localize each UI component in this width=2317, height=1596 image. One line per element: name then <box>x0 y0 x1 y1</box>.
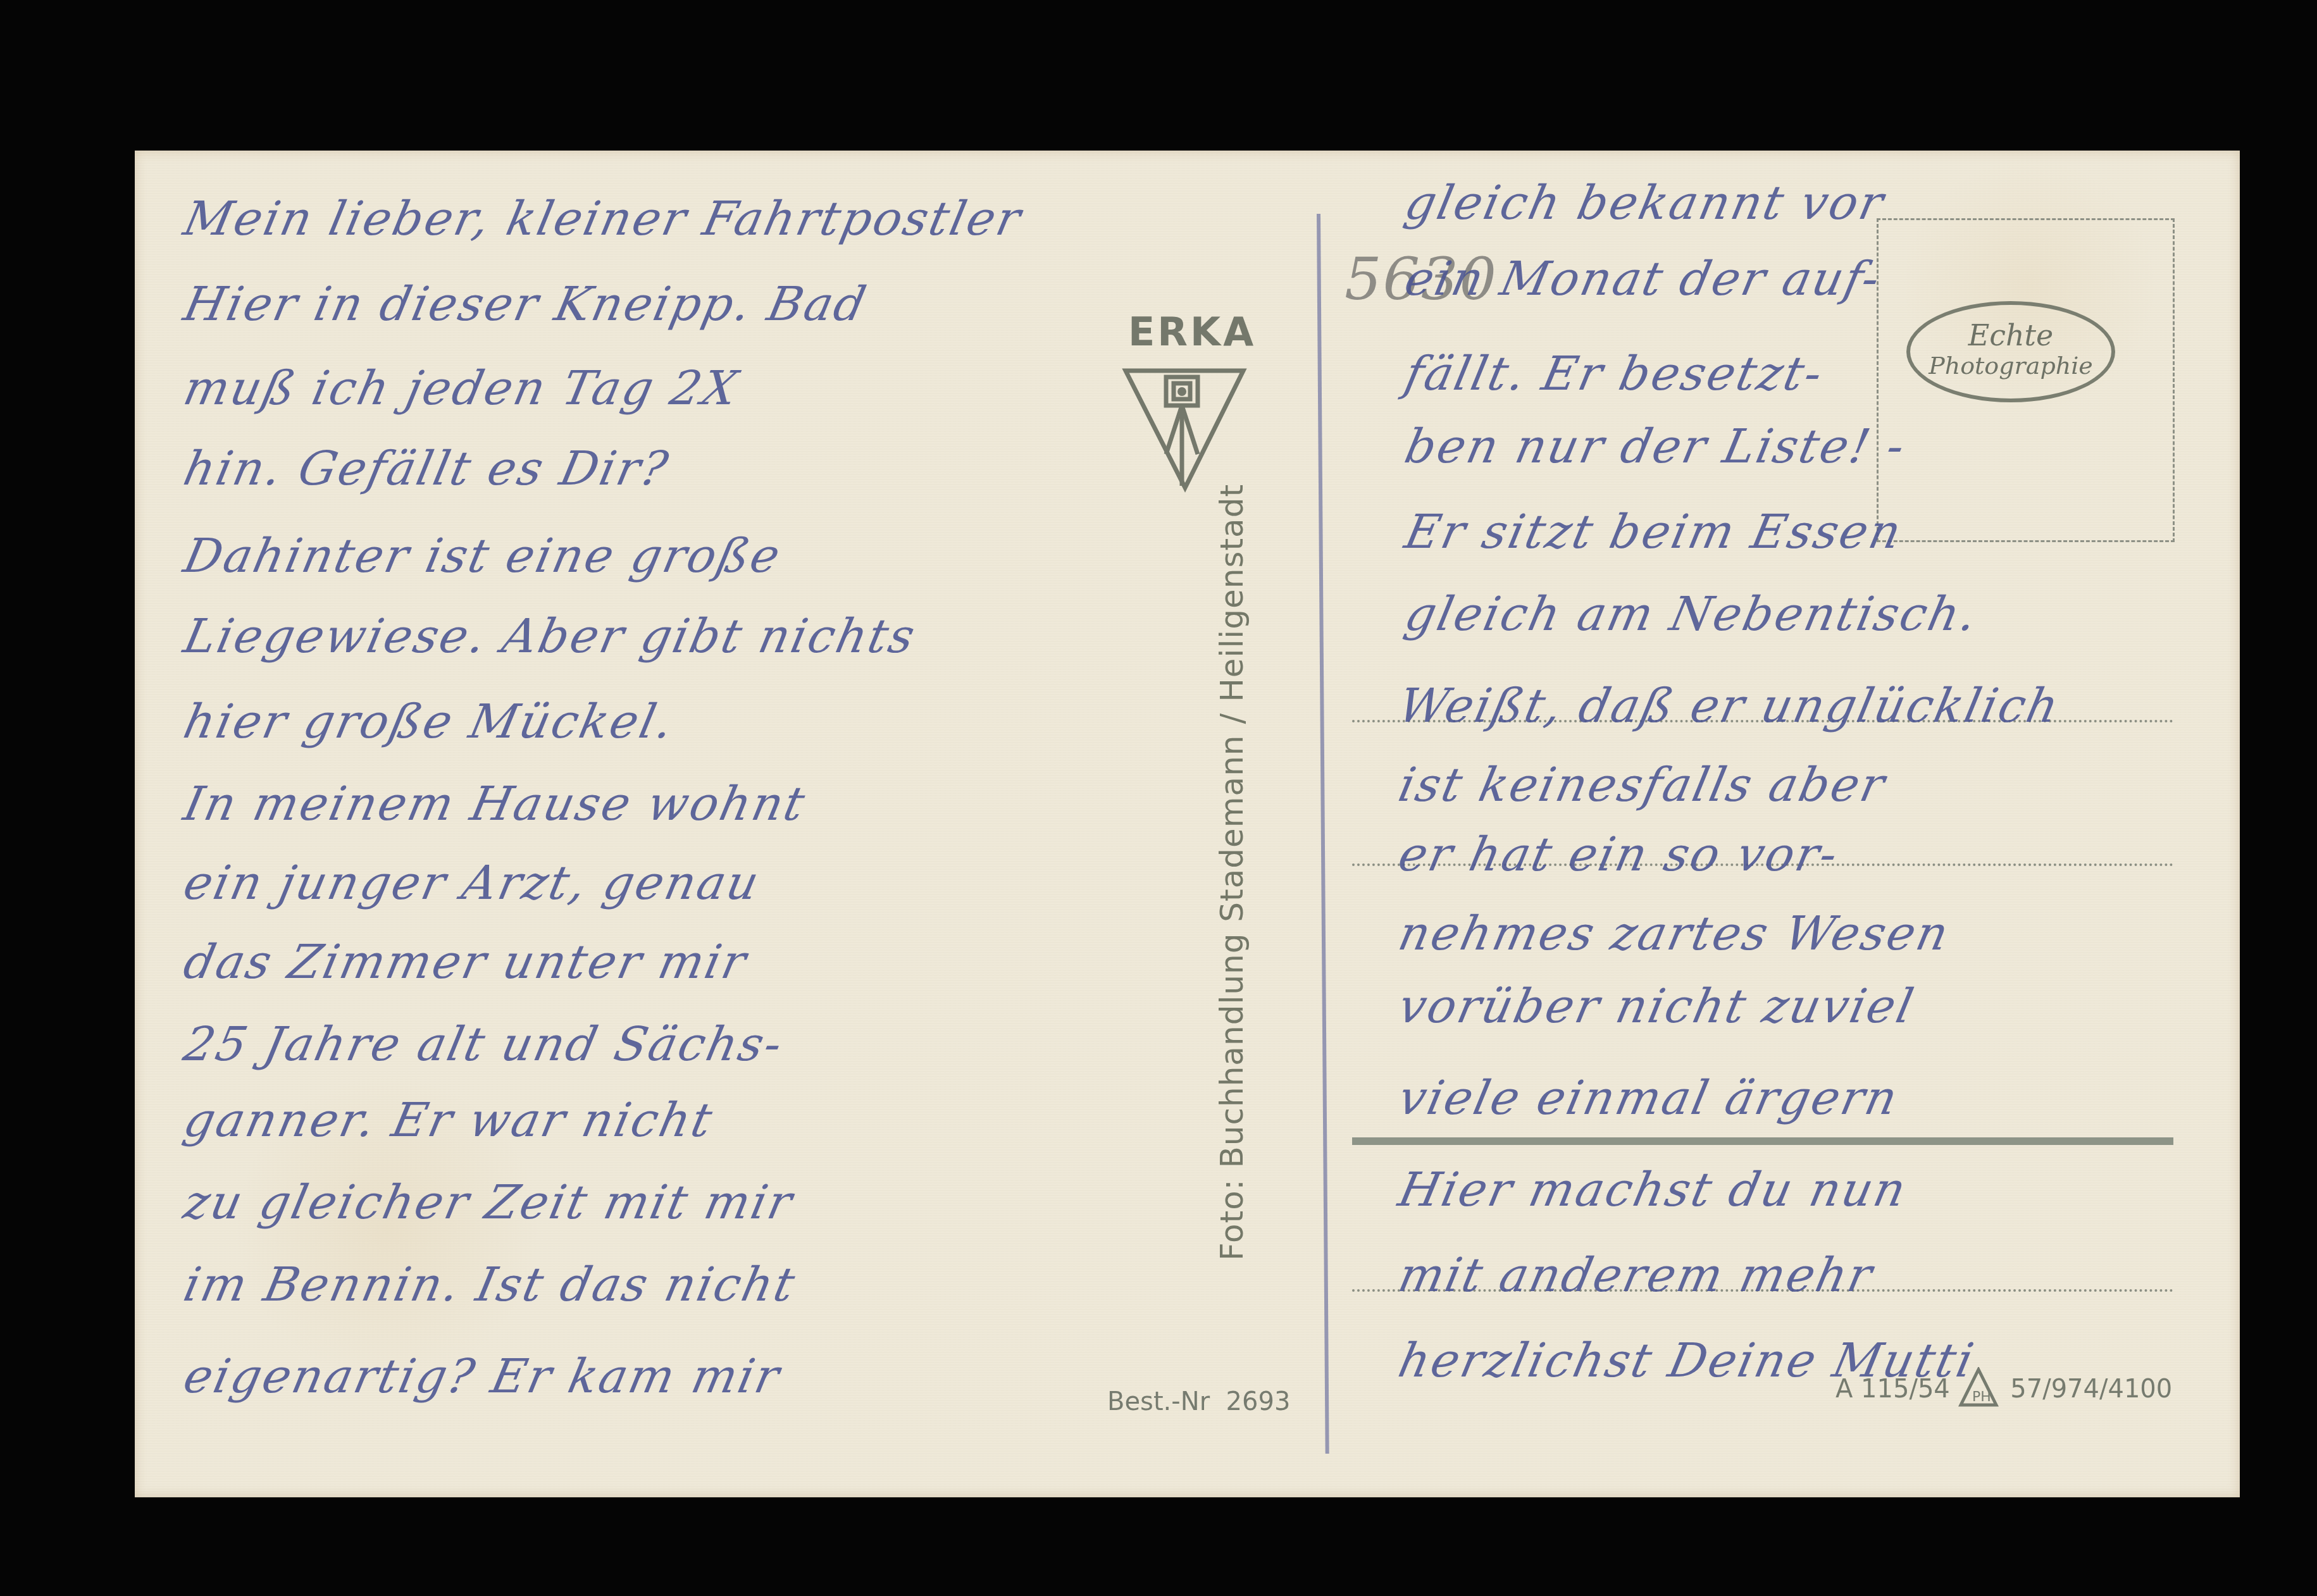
handwriting-right-line: gleich bekannt vor <box>1400 176 1890 230</box>
handwriting-left-line: hin. Gefällt es Dir? <box>179 442 674 496</box>
echte-photographie-imprint: Echte Photographie <box>1906 301 2115 402</box>
handwriting-right-line: ben nur der Liste! - <box>1400 419 1911 474</box>
order-number-value: 2693 <box>1226 1387 1291 1416</box>
handwriting-right-line: Er sitzt beim Essen <box>1400 505 1908 559</box>
handwriting-right-line: vorüber nicht zuviel <box>1394 979 1920 1034</box>
handwriting-right-line: viele einmal ärgern <box>1394 1071 1904 1125</box>
handwriting-left-line: Mein lieber, kleiner Fahrtpostler <box>179 192 1027 246</box>
handwriting-left-line: Hier in dieser Kneipp. Bad <box>179 277 873 331</box>
order-number: Best.-Nr 2693 <box>1107 1387 1290 1416</box>
erka-logo: ERKA <box>1122 309 1248 498</box>
handwriting-left-line: eigenartig? Er kam mir <box>179 1349 786 1404</box>
handwriting-left-line: ein junger Arzt, genau <box>179 856 765 910</box>
handwriting-right-line: mit anderem mehr <box>1394 1248 1879 1302</box>
camera-tripod-icon <box>1122 309 1248 498</box>
handwriting-right-line: er hat ein so vor- <box>1394 827 1844 882</box>
handwriting-left-line: das Zimmer unter mir <box>179 935 752 989</box>
handwriting-left-line: ganner. Er war nicht <box>179 1093 719 1148</box>
handwriting-right-line: Weißt, daß er unglücklich <box>1394 679 2065 733</box>
order-number-label: Best.-Nr <box>1107 1387 1210 1416</box>
handwritten-divider-line <box>1317 214 1329 1454</box>
handwriting-left-line: Dahinter ist eine große <box>179 529 786 583</box>
handwriting-left-line: zu gleicher Zeit mit mir <box>179 1175 798 1230</box>
handwriting-right-line: fällt. Er besetzt- <box>1400 347 1829 401</box>
handwriting-left-line: 25 Jahre alt und Sächs- <box>179 1017 788 1072</box>
svg-text:PH: PH <box>1972 1389 1991 1405</box>
handwriting-left-line: muß ich jeden Tag 2X <box>179 361 744 416</box>
handwriting-right-line: gleich am Nebentisch. <box>1400 587 1984 641</box>
handwriting-right-line: ein Monat der auf- <box>1400 252 1886 306</box>
handwriting-left-line: hier große Mückel. <box>179 695 680 749</box>
handwriting-left-line: im Bennin. Ist das nicht <box>179 1258 801 1312</box>
license-code-suffix: 57/974/4100 <box>2010 1375 2172 1404</box>
handwriting-right-line: nehmes zartes Wesen <box>1394 906 1955 961</box>
address-line-3 <box>1352 1137 2173 1145</box>
handwriting-left-line: Liegewiese. Aber gibt nichts <box>179 609 921 664</box>
handwriting-right-line: herzlichst Deine Mutti <box>1394 1333 1980 1388</box>
handwriting-right-line: ist keinesfalls aber <box>1394 758 1891 812</box>
handwriting-right-line: Hier machst du nun <box>1394 1163 1912 1217</box>
postcard: ERKA 5630 Foto: Buchhandlung Stademann /… <box>135 151 2240 1497</box>
photo-credit: Foto: Buchhandlung Stademann / Heiligens… <box>1214 484 1250 1261</box>
handwriting-left-line: In meinem Hause wohnt <box>179 777 811 831</box>
